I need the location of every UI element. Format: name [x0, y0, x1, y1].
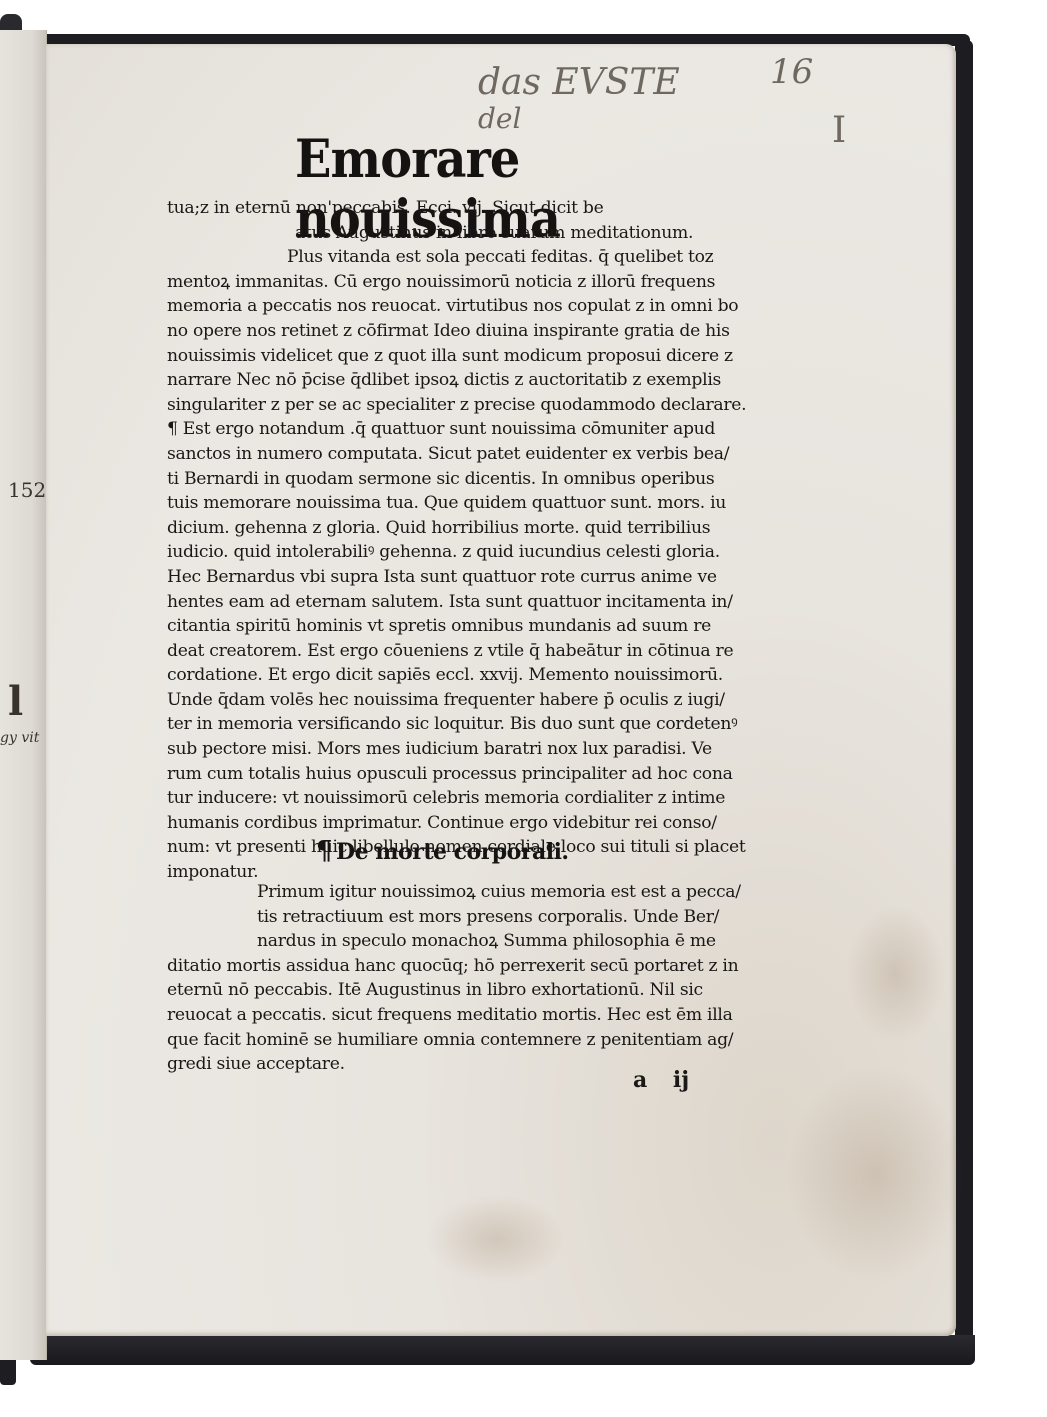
section-heading: ¶De morte corporali. — [316, 836, 569, 866]
text-line: reuocat a peccatis. sicut frequens medit… — [167, 1003, 741, 1028]
text-block-main: tua;z in eternū non'peccabis. Ecci. vij.… — [167, 196, 746, 885]
text-line: Plus vitanda est sola peccati feditas. q… — [167, 245, 746, 270]
text-line: eternū nō peccabis. Itē Augustinus in li… — [167, 978, 741, 1003]
left-marginalia-number: 152 — [8, 478, 46, 502]
text-line: nouissimis videlicet que z quot illa sun… — [167, 344, 746, 369]
foxing-stain — [426, 1194, 566, 1284]
text-line: mentoꝝ immanitas. Cū ergo nouissimorū no… — [167, 270, 746, 295]
text-line: Primum igitur nouissimoꝝ cuius memoria e… — [167, 880, 741, 905]
text-line: sub pectore misi. Mors mes iudicium bara… — [167, 737, 746, 762]
left-marginalia-mark: l — [8, 678, 23, 725]
text-line: Hec Bernardus vbi supra Ista sunt quattu… — [167, 565, 746, 590]
text-line: tur inducere: vt nouissimorū celebris me… — [167, 786, 746, 811]
text-line: deat creatorem. Est ergo cōueniens z vti… — [167, 639, 746, 664]
section-heading-text: De morte corporali. — [336, 839, 569, 865]
text-block-section: Primum igitur nouissimoꝝ cuius memoria e… — [167, 880, 741, 1077]
text-line: tua;z in eternū non'peccabis. Ecci. vij.… — [167, 196, 746, 221]
text-line: iudicio. quid intolerabiliꝰ gehenna. z q… — [167, 540, 746, 565]
text-line: ter in memoria versificando sic loquitur… — [167, 712, 746, 737]
text-line: que facit hominē se humiliare omnia cont… — [167, 1028, 741, 1053]
text-line: narrare Nec nō p̄cise q̄dlibet ipsoꝝ dic… — [167, 368, 746, 393]
text-line: nardus in speculo monachoꝝ Summa philoso… — [167, 929, 741, 954]
text-line: citantia spiritū hominis vt spretis omni… — [167, 614, 746, 639]
pilcrow-icon: ¶ — [316, 836, 332, 866]
signature-mark: a ij — [633, 1067, 689, 1093]
text-line: cordatione. Et ergo dicit sapiēs eccl. x… — [167, 663, 746, 688]
text-line: atus Augustinus in libro suarum meditati… — [167, 221, 746, 246]
manuscript-annotation-top: das EVSTE — [478, 62, 680, 103]
left-marginalia-text: gy vit — [0, 730, 39, 746]
manuscript-annotation-mark: I — [832, 110, 846, 151]
facing-page-strip: 152 l gy vit — [0, 30, 47, 1360]
foxing-stain — [786, 1064, 966, 1284]
binding-edge-bottom — [30, 1335, 975, 1365]
foxing-stain — [846, 904, 946, 1044]
text-line: ditatio mortis assidua hanc quocūq; hō p… — [167, 954, 741, 979]
text-line: ¶ Est ergo notandum .q̄ quattuor sunt no… — [167, 417, 746, 442]
text-line: no opere nos retinet z cōfirmat Ideo diu… — [167, 319, 746, 344]
text-line: tis retractiuum est mors presens corpora… — [167, 905, 741, 930]
text-line: hentes eam ad eternam salutem. Ista sunt… — [167, 590, 746, 615]
text-line: dicium. gehenna z gloria. Quid horribili… — [167, 516, 746, 541]
text-line: tuis memorare nouissima tua. Que quidem … — [167, 491, 746, 516]
text-line: humanis cordibus imprimatur. Continue er… — [167, 811, 746, 836]
text-line: memoria a peccatis nos reuocat. virtutib… — [167, 294, 746, 319]
text-line: singulariter z per se ac specialiter z p… — [167, 393, 746, 418]
text-line: Unde q̄dam volēs hec nouissima frequente… — [167, 688, 746, 713]
text-line: ti Bernardi in quodam sermone sic dicent… — [167, 467, 746, 492]
manuscript-annotation-number: 16 — [770, 52, 813, 92]
text-line: rum cum totalis huius opusculi processus… — [167, 762, 746, 787]
text-line: sanctos in numero computata. Sicut patet… — [167, 442, 746, 467]
